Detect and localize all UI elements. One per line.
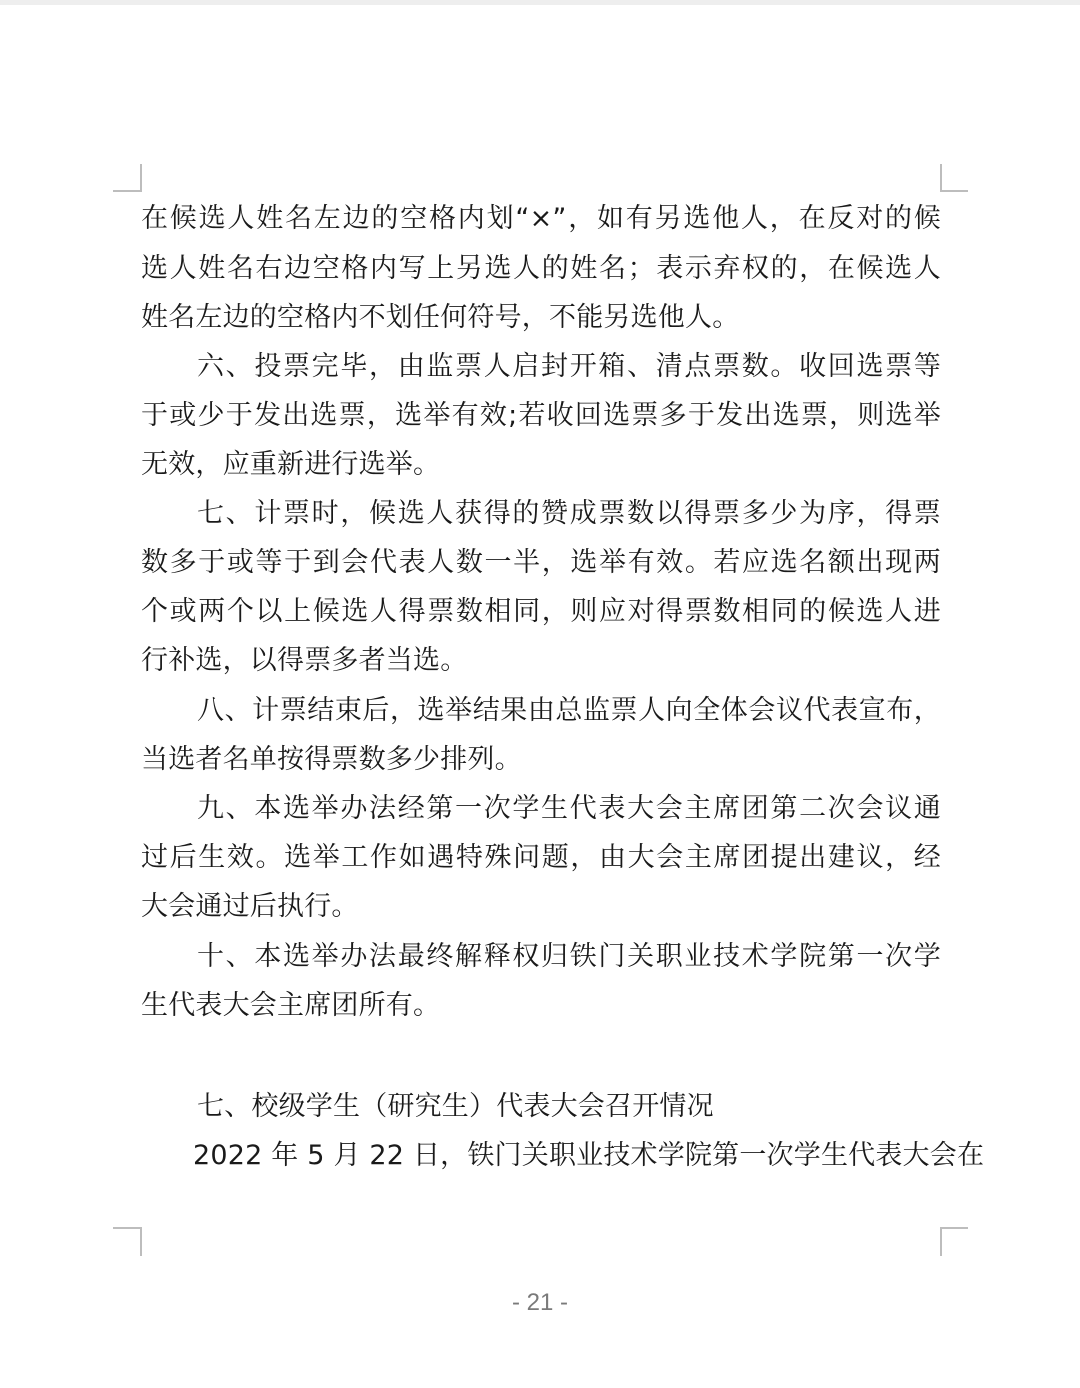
paragraph-line: 于或少于发出选票，选举有效;若收回选票多于发出选票，则选举 xyxy=(141,399,941,433)
margin-corner-mark-top-left xyxy=(113,164,142,192)
paragraph-line: 在候选人姓名左边的空格内划“×”，如有另选他人，在反对的候 xyxy=(141,202,941,236)
paragraph-line: 2022 年 5 月 22 日，铁门关职业技术学院第一次学生代表大会在 xyxy=(193,1139,941,1173)
paragraph-line: 当选者名单按得票数多少排列。 xyxy=(141,743,941,777)
paragraph-line: 行补选，以得票多者当选。 xyxy=(141,644,941,678)
paragraph-line: 六、投票完毕，由监票人启封开箱、清点票数。收回选票等 xyxy=(197,350,941,384)
paragraph-line: 十、本选举办法最终解释权归铁门关职业技术学院第一次学 xyxy=(197,940,941,974)
paragraph-line: 生代表大会主席团所有。 xyxy=(141,989,941,1023)
page-number: - 21 - xyxy=(0,1289,1080,1317)
paragraph-line: 选人姓名右边空格内写上另选人的姓名；表示弃权的，在候选人 xyxy=(141,252,941,286)
viewer-top-bar xyxy=(0,0,1080,5)
paragraph-line: 姓名左边的空格内不划任何符号，不能另选他人。 xyxy=(141,301,941,335)
paragraph-line: 八、计票结束后，选举结果由总监票人向全体会议代表宣布， xyxy=(197,694,941,728)
paragraph-line: 无效，应重新进行选举。 xyxy=(141,448,941,482)
paragraph-line: 个或两个以上候选人得票数相同，则应对得票数相同的候选人进 xyxy=(141,595,941,629)
paragraph-line: 大会通过后执行。 xyxy=(141,890,941,924)
paragraph-line: 九、本选举办法经第一次学生代表大会主席团第二次会议通 xyxy=(197,792,941,826)
margin-corner-mark-bottom-left xyxy=(113,1227,142,1256)
paragraph-line: 数多于或等于到会代表人数一半，选举有效。若应选名额出现两 xyxy=(141,546,941,580)
margin-corner-mark-bottom-right xyxy=(940,1227,968,1256)
paragraph-line: 七、计票时，候选人获得的赞成票数以得票多少为序，得票 xyxy=(197,497,941,531)
section-heading: 七、校级学生（研究生）代表大会召开情况 xyxy=(197,1090,714,1124)
margin-corner-mark-top-right xyxy=(940,164,968,192)
paragraph-line: 过后生效。选举工作如遇特殊问题，由大会主席团提出建议，经 xyxy=(141,841,941,875)
